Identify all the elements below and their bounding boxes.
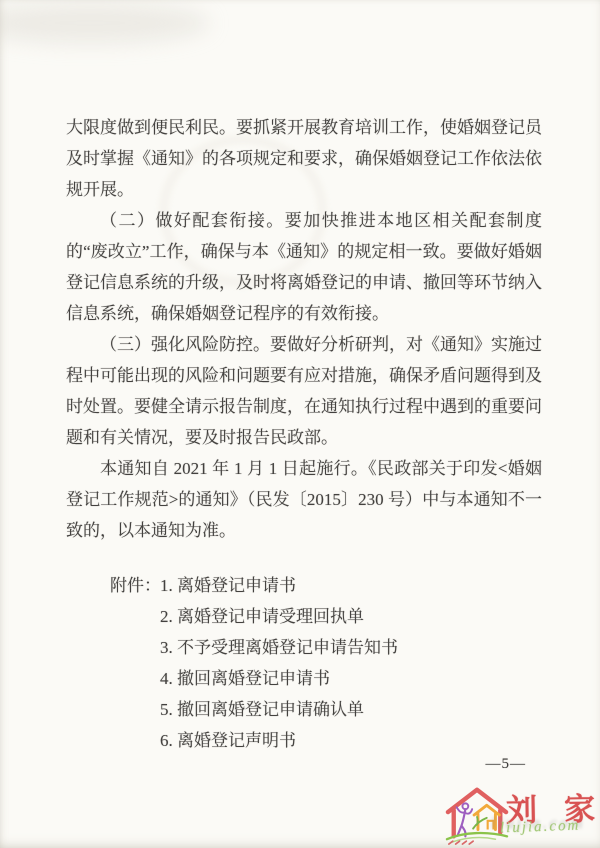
paragraph-continuation: 大限度做到便民利民。要抓紧开展教育培训工作，使婚姻登记员及时掌握《通知》的各项规… [66,112,542,205]
attachment-item-4: 4. 撤回离婚登记申请书 [160,663,542,694]
document-page: 大限度做到便民利民。要抓紧开展教育培训工作，使婚姻登记员及时掌握《通知》的各项规… [0,0,600,848]
scan-smudge [0,2,210,44]
document-body: 大限度做到便民利民。要抓紧开展教育培训工作，使婚姻登记员及时掌握《通知》的各项规… [66,112,542,756]
attachment-item-6: 6. 离婚登记声明书 [160,725,542,756]
paragraph-effective-date: 本通知自 2021 年 1 月 1 日起施行。《民政部关于印发<婚姻登记工作规范… [66,453,542,546]
brand-url: liujia.com [500,818,581,838]
page-number: —5— [486,756,527,773]
attachments-section: 附件： 1. 离婚登记申请书 2. 离婚登记申请受理回执单 3. 不予受理离婚登… [66,570,542,756]
attachment-item-2: 2. 离婚登记申请受理回执单 [160,601,542,632]
attachment-item-5: 5. 撤回离婚登记申请确认单 [160,694,542,725]
attachment-item-3: 3. 不予受理离婚登记申请告知书 [160,632,542,663]
paragraph-section-two: （二）做好配套衔接。要加快推进本地区相关配套制度的“废改立”工作，确保与本《通知… [66,205,542,329]
attachments-list: 1. 离婚登记申请书 2. 离婚登记申请受理回执单 3. 不予受理离婚登记申请告… [160,570,542,756]
attachments-label: 附件： [110,570,161,601]
brand-logo: liujia.com 刘家 liujia.com [445,782,600,848]
paragraph-section-three: （三）强化风险防控。要做好分析研判，对《通知》实施过程中可能出现的风险和问题要有… [66,329,542,453]
attachment-item-1: 1. 离婚登记申请书 [160,570,542,601]
